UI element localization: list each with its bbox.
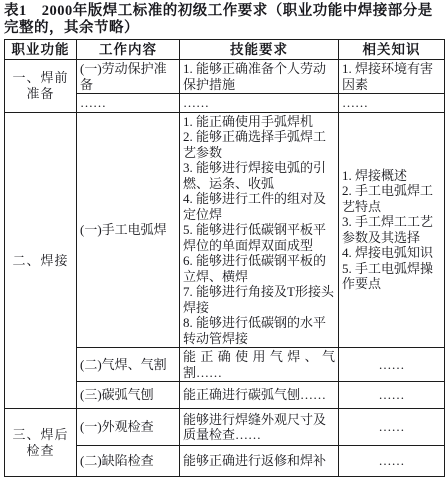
cell-line: 1. 焊接概述 — [342, 168, 441, 184]
cell-line: 5. 手工电弧焊操作要点 — [342, 261, 441, 292]
knowledge-cell-ellipsis: …… — [339, 409, 445, 446]
skills-cell: 1. 能够正确准备个人劳动保护措施 — [180, 60, 339, 94]
function-cell-pre-weld: 一、焊前准备 — [5, 60, 77, 113]
skills-cell: 能够进行焊缝外观尺寸及质量检查…… — [180, 409, 339, 446]
cell-line: 8. 能够进行低碳钢的水平转动管焊接 — [183, 315, 335, 346]
skills-cell: 能够正确进行返修和焊补 — [180, 446, 339, 477]
welder-requirements-table: 职业功能 工作内容 技能要求 相关知识 一、焊前准备 (一)劳动保护准备 1. … — [4, 39, 445, 477]
knowledge-cell-ellipsis: …… — [339, 94, 445, 113]
cell-line: 1. 能正确使用手弧焊机 — [183, 114, 335, 130]
function-cell-welding: 二、焊接 — [5, 112, 77, 409]
cell-line: 7. 能够进行角接及T形接头焊接 — [183, 284, 335, 315]
skills-cell-ellipsis: …… — [180, 94, 339, 113]
content-cell-ellipsis: …… — [77, 94, 180, 113]
content-cell: (一)外观检查 — [77, 409, 180, 446]
content-cell: (二)气焊、气割 — [77, 348, 180, 382]
content-cell: (一)手工电弧焊 — [77, 112, 180, 348]
cell-line: 2. 能够正确选择手弧焊工艺参数 — [183, 129, 335, 160]
cell-line: 3. 能够进行焊接电弧的引燃、运条、收弧 — [183, 160, 335, 191]
function-cell-post-weld: 三、焊后检查 — [5, 409, 77, 477]
knowledge-cell-list: 1. 焊接概述2. 手工电弧焊工艺特点3. 手工焊工工艺参数及其选择4. 焊接电… — [339, 112, 445, 348]
skills-cell: 能正确使用气焊、气割…… — [180, 348, 339, 382]
skills-cell: 能正确进行碳弧气刨…… — [180, 382, 339, 409]
cell-line: 4. 能够进行工件的组对及定位焊 — [183, 191, 335, 222]
knowledge-cell-ellipsis: …… — [339, 382, 445, 409]
header-row: 职业功能 工作内容 技能要求 相关知识 — [5, 40, 445, 60]
knowledge-cell-ellipsis: …… — [339, 348, 445, 382]
table-caption: 表1 2000年版焊工标准的初级工作要求（职业功能中焊接部分是完整的，其余节略） — [4, 3, 442, 37]
content-cell: (二)缺陷检查 — [77, 446, 180, 477]
document-page: 表1 2000年版焊工标准的初级工作要求（职业功能中焊接部分是完整的，其余节略）… — [0, 0, 447, 488]
content-cell: (一)劳动保护准备 — [77, 60, 180, 94]
header-skill-requirements: 技能要求 — [180, 40, 339, 60]
header-related-knowledge: 相关知识 — [339, 40, 445, 60]
cell-line: 3. 手工焊工工艺参数及其选择 — [342, 214, 441, 245]
table-row: 三、焊后检查 (一)外观检查 能够进行焊缝外观尺寸及质量检查…… …… — [5, 409, 445, 446]
table-row: 二、焊接 (一)手工电弧焊 1. 能正确使用手弧焊机2. 能够正确选择手弧焊工艺… — [5, 112, 445, 348]
header-work-content: 工作内容 — [77, 40, 180, 60]
knowledge-cell: 1. 焊接环境有害因素 — [339, 60, 445, 94]
cell-line: 4. 焊接电弧知识 — [342, 245, 441, 261]
cell-line: 2. 手工电弧焊工艺特点 — [342, 183, 441, 214]
cell-line: 6. 能够进行低碳钢平板的立焊、横焊 — [183, 253, 335, 284]
knowledge-cell-ellipsis: …… — [339, 446, 445, 477]
header-occupational-function: 职业功能 — [5, 40, 77, 60]
cell-line: 5. 能够进行低碳钢平板平焊位的单面焊双面成型 — [183, 222, 335, 253]
skills-cell-list: 1. 能正确使用手弧焊机2. 能够正确选择手弧焊工艺参数3. 能够进行焊接电弧的… — [180, 112, 339, 348]
table-row: 一、焊前准备 (一)劳动保护准备 1. 能够正确准备个人劳动保护措施 1. 焊接… — [5, 60, 445, 94]
content-cell: (三)碳弧气刨 — [77, 382, 180, 409]
